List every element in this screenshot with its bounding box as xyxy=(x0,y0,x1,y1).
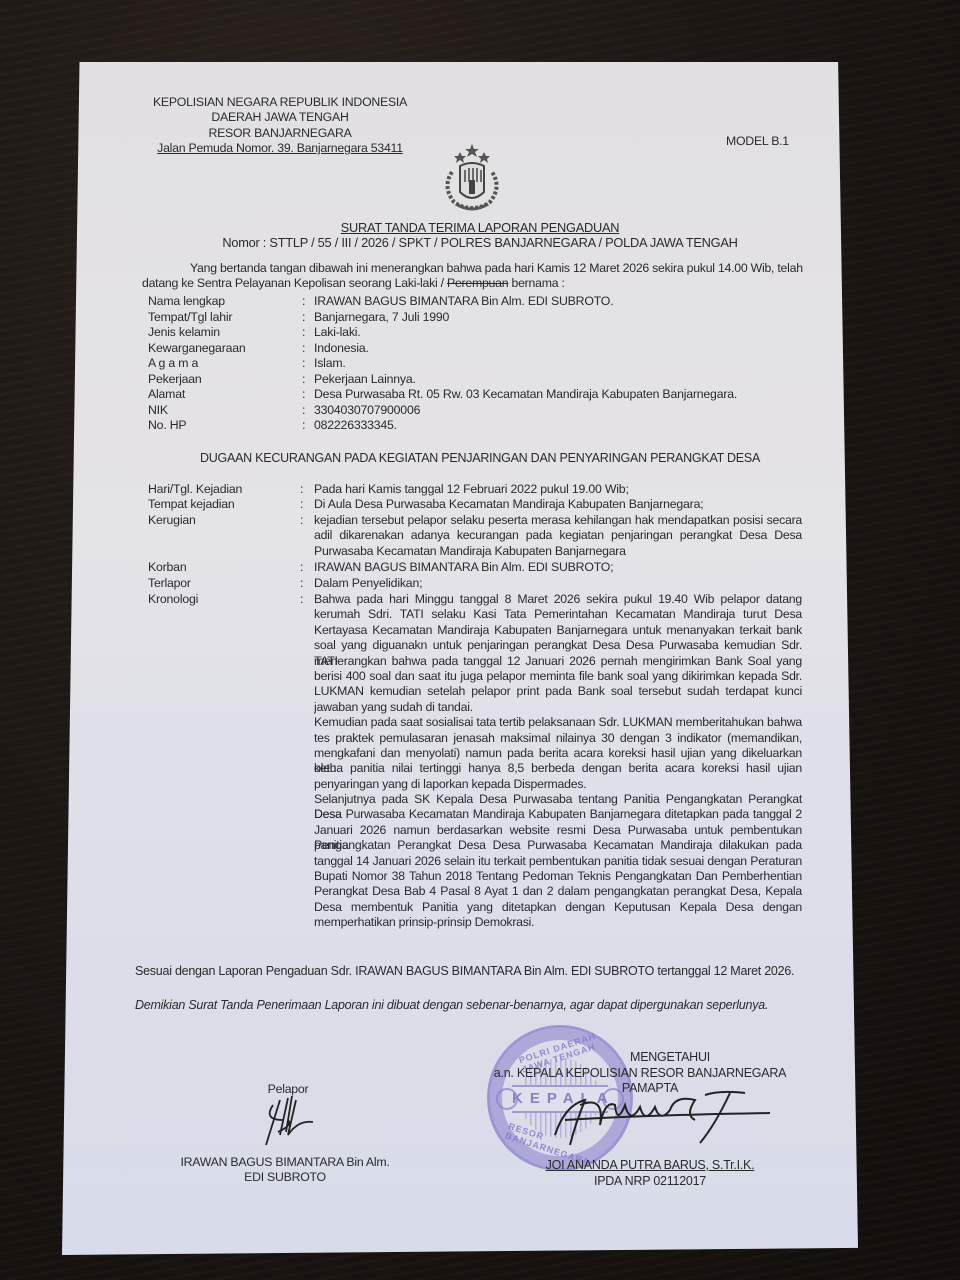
text-line: menerangkan bahwa pada tanggal 12 Januar… xyxy=(314,654,802,669)
chronology-paragraph: Kemudian pada saat sosialisai tata terti… xyxy=(314,715,802,792)
text-line: Purwasaba Kecamatan Mandiraja Kabupaten … xyxy=(314,544,802,559)
identity-row: Jenis kelamin:Laki-laki. xyxy=(148,325,848,340)
identity-label: A g a m a xyxy=(148,356,198,370)
text-line: penyaringan yang di laporkan kepada Disp… xyxy=(314,777,802,792)
identity-value: 082226333345. xyxy=(314,418,397,432)
identity-row: Nama lengkap:IRAWAN BAGUS BIMANTARA Bin … xyxy=(148,294,848,309)
identity-value: Banjarnegara, 7 Juli 1990 xyxy=(314,310,449,324)
incident-loss-value: kejadian tersebut pelapor selaku peserta… xyxy=(314,513,802,559)
identity-row: Alamat:Desa Purwasaba Rt. 05 Rw. 03 Keca… xyxy=(148,387,848,402)
text-line: Kertayasa Kecamatan Mandiraja Kabupaten … xyxy=(314,623,802,638)
identity-label: Pekerjaan xyxy=(148,372,202,386)
identity-label: Jenis kelamin xyxy=(148,325,220,339)
identity-label: Nama lengkap xyxy=(148,294,225,308)
text-line: Bahwa pada hari Minggu tanggal 8 Maret 2… xyxy=(314,592,802,607)
identity-row: No. HP:082226333345. xyxy=(148,418,848,433)
identity-row: Tempat/Tgl lahir:Banjarnegara, 7 Juli 19… xyxy=(148,310,848,325)
text-line: kerumah Sdri. TATI selaku Kasi Tata Peme… xyxy=(314,607,802,622)
closing-reference: Sesuai dengan Laporan Pengaduan Sdr. IRA… xyxy=(135,964,794,979)
letterhead-line1: KEPOLISIAN NEGARA REPUBLIK INDONESIA xyxy=(150,95,410,110)
identity-row: Pekerjaan:Pekerjaan Lainnya. xyxy=(148,372,848,387)
text-line: mengkafani dan menyolati) namun pada ber… xyxy=(314,746,802,761)
chronology-label: Kronologi xyxy=(148,592,198,606)
document-number: Nomor : STTLP / 55 / III / 2026 / SPKT /… xyxy=(200,235,760,250)
reported-party-value: Dalam Penyelidikan; xyxy=(314,576,422,590)
officer-signature-icon xyxy=(545,1085,775,1155)
letterhead-line2: DAERAH JAWA TENGAH xyxy=(150,110,410,125)
text-line: soal yang diguanakn untuk penjaringan pe… xyxy=(314,638,802,653)
identity-label: NIK xyxy=(148,403,168,417)
colon-separator: : xyxy=(302,310,305,324)
incident-place-row: Tempat kejadian:Di Aula Desa Purwasaba K… xyxy=(148,497,848,512)
colon-separator: : xyxy=(302,403,305,417)
identity-label: Kewarganegaraan xyxy=(148,341,246,355)
intro-line2-prefix: datang ke Sentra Pelayanan Kepolisan seo… xyxy=(142,276,447,290)
model-code: MODEL B.1 xyxy=(726,134,789,149)
incident-loss-label: Kerugian xyxy=(148,513,196,527)
identity-row: Kewarganegaraan:Indonesia. xyxy=(148,341,848,356)
text-line: Desa Purwasaba Kecamatan Mandiraja Kabup… xyxy=(314,807,802,822)
letterhead: KEPOLISIAN NEGARA REPUBLIK INDONESIA DAE… xyxy=(150,95,410,157)
colon-separator: : xyxy=(302,325,305,339)
text-line: kejadian tersebut pelapor selaku peserta… xyxy=(314,513,802,528)
reporter-signature-icon xyxy=(258,1090,328,1150)
reporter-name-line2: EDI SUBROTO xyxy=(170,1170,400,1185)
colon-separator: : xyxy=(302,372,305,386)
intro-line1: Yang bertanda tangan dibawah ini meneran… xyxy=(190,261,803,276)
incident-place-value: Di Aula Desa Purwasaba Kecamatan Mandira… xyxy=(314,497,703,511)
police-emblem-icon xyxy=(432,142,512,217)
text-line: ketua panitia nilai tertinggi hanya 8,5 … xyxy=(314,761,802,776)
intro-line2-suffix: bernama : xyxy=(508,276,564,290)
text-line: Bupati Nomor 38 Tahun 2018 Tentang Pedom… xyxy=(314,869,802,884)
reported-party-label: Terlapor xyxy=(148,576,191,590)
text-line: tes praktek pemulasaran jenasah maksimal… xyxy=(314,731,802,746)
closing-statement: Demikian Surat Tanda Penerimaan Laporan … xyxy=(135,998,768,1013)
struck-gender-option: Perempuan xyxy=(447,276,508,290)
identity-value: Pekerjaan Lainnya. xyxy=(314,372,416,386)
text-line: Pengangkatan Perangkat Desa Desa Purwasa… xyxy=(314,838,802,853)
text-line: Januari 2026 namun berdasarkan website r… xyxy=(314,823,802,838)
identity-value: 3304030707900006 xyxy=(314,403,420,417)
text-line: berisi 400 soal dan saat itu juga pelapo… xyxy=(314,669,802,684)
identity-value: Islam. xyxy=(314,356,346,370)
acknowledged-heading: MENGETAHUI xyxy=(470,1050,810,1066)
letterhead-line3: RESOR BANJARNEGARA xyxy=(150,126,410,141)
identity-label: No. HP xyxy=(148,418,186,432)
officer-rank-nrp: IPDA NRP 02112017 xyxy=(520,1174,780,1189)
identity-row: A g a m a:Islam. xyxy=(148,356,848,371)
identity-row: NIK:3304030707900006 xyxy=(148,403,848,418)
text-line: adil dikarenakan adanya kecurangan pada … xyxy=(314,528,802,543)
identity-label: Tempat/Tgl lahir xyxy=(148,310,232,324)
text-line: tanggal 14 Januari 2026 selain itu terka… xyxy=(314,854,802,869)
colon-separator: : xyxy=(302,387,305,401)
chronology-paragraph: Selanjutnya pada SK Kepala Desa Purwasab… xyxy=(314,792,802,931)
victim-value: IRAWAN BAGUS BIMANTARA Bin Alm. EDI SUBR… xyxy=(314,560,613,574)
text-line: Perangkat Desa Bab 4 Pasal 8 Ayat 1 dan … xyxy=(314,884,802,899)
victim-label: Korban xyxy=(148,560,186,574)
officer-name: JOI ANANDA PUTRA BARUS, S.Tr.I.K. xyxy=(520,1158,780,1173)
text-line: Kemudian pada saat sosialisai tata terti… xyxy=(314,715,802,730)
text-line: memperhatikan prinsip-prinsip Demokrasi. xyxy=(314,915,802,930)
chronology-text: Bahwa pada hari Minggu tanggal 8 Maret 2… xyxy=(314,592,802,931)
colon-separator: : xyxy=(302,418,305,432)
victim-row: Korban:IRAWAN BAGUS BIMANTARA Bin Alm. E… xyxy=(148,560,848,575)
colon-separator: : xyxy=(302,356,305,370)
on-behalf-line: a.n. KEPALA KEPOLISIAN RESOR BANJARNEGAR… xyxy=(470,1066,810,1082)
incident-date-value: Pada hari Kamis tanggal 12 Februari 2022… xyxy=(314,482,629,496)
reporter-name-line1: IRAWAN BAGUS BIMANTARA Bin Alm. xyxy=(170,1155,400,1170)
text-line: Desa membentuk Panitia yang ditetapkan d… xyxy=(314,900,802,915)
colon-separator: : xyxy=(302,294,305,308)
text-line: Selanjutnya pada SK Kepala Desa Purwasab… xyxy=(314,792,802,807)
identity-value: Desa Purwasaba Rt. 05 Rw. 03 Kecamatan M… xyxy=(314,387,737,401)
identity-value: IRAWAN BAGUS BIMANTARA Bin Alm. EDI SUBR… xyxy=(314,294,613,308)
complaint-subject: DUGAAN KECURANGAN PADA KEGIATAN PENJARIN… xyxy=(180,451,780,466)
incident-date-row: Hari/Tgl. Kejadian:Pada hari Kamis tangg… xyxy=(148,482,848,497)
identity-value: Laki-laki. xyxy=(314,325,361,339)
text-line: jawaban yang sudah di tandai. xyxy=(314,700,802,715)
incident-place-label: Tempat kejadian xyxy=(148,497,235,511)
colon-separator: : xyxy=(302,341,305,355)
letterhead-address: Jalan Pemuda Nomor. 39. Banjarnegara 534… xyxy=(150,141,410,156)
reported-party-row: Terlapor:Dalam Penyelidikan; xyxy=(148,576,848,591)
incident-date-label: Hari/Tgl. Kejadian xyxy=(148,482,242,496)
intro-line2: datang ke Sentra Pelayanan Kepolisan seo… xyxy=(142,276,565,291)
identity-label: Alamat xyxy=(148,387,185,401)
identity-value: Indonesia. xyxy=(314,341,369,355)
document-title: SURAT TANDA TERIMA LAPORAN PENGADUAN xyxy=(300,220,660,235)
text-line: LUKMAN kemudian setelah pelapor print pa… xyxy=(314,684,802,699)
chronology-paragraph: Bahwa pada hari Minggu tanggal 8 Maret 2… xyxy=(314,592,802,715)
